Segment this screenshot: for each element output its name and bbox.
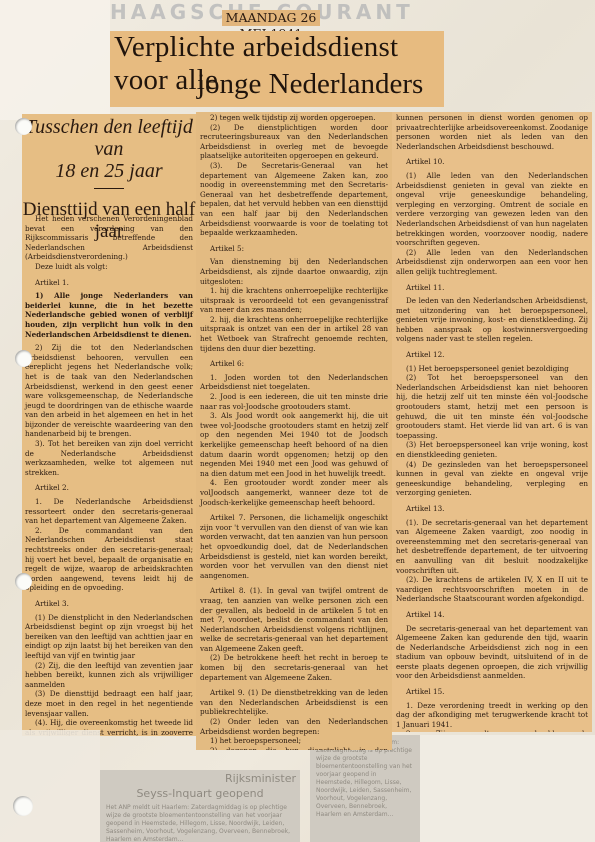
- article-column-2: 2) tegen welk tijdstip zij worden opgero…: [196, 112, 392, 750]
- underlying-clipping-right: Het ANP meldt uit Haarlem: Zaterdagmidda…: [310, 735, 420, 842]
- headline-line-2: jonge Nederlanders: [197, 68, 423, 101]
- binder-hole: [15, 573, 32, 590]
- article-6-title: Artikel 6:: [210, 359, 388, 369]
- tissue-overlay-bottom-left: [0, 730, 100, 842]
- article-3-title: Artikel 3.: [35, 599, 193, 609]
- article-13-title: Artikel 13.: [406, 504, 588, 514]
- article-12-title: Artikel 12.: [406, 350, 588, 360]
- article-10-title: Artikel 10.: [406, 157, 588, 167]
- subheadline-ages: 18 en 25 jaar: [22, 160, 196, 182]
- article-14-title: Artikel 14.: [406, 610, 588, 620]
- article-column-3: kunnen personen in dienst worden genomen…: [392, 112, 592, 732]
- clipping-body: Het ANP meldt uit Haarlem: Zaterdagmidda…: [100, 800, 300, 842]
- clipping-heading: Seyss-Inquart geopend: [100, 787, 300, 800]
- article-9: Artikel 9. (1) De dienstbetrekking van d…: [200, 688, 388, 717]
- publication-date: MAANDAG 26 MEI 1941: [222, 10, 320, 26]
- tissue-overlay-bottom-right: [420, 735, 595, 842]
- article-5-title: Artikel 5:: [210, 244, 388, 254]
- article-column-1: Tusschen den leeftijd van 18 en 25 jaar …: [22, 114, 196, 736]
- underlying-clipping-left: Rijksminister Seyss-Inquart geopend Het …: [100, 770, 300, 842]
- headline: Verplichte arbeidsdienst voor alle jonge…: [110, 31, 444, 107]
- article-11-title: Artikel 11.: [406, 283, 588, 293]
- article-15-title: Artikel 15.: [406, 687, 588, 697]
- divider: [94, 188, 124, 189]
- article-8: Artikel 8. (1). In geval van twijfel omt…: [200, 586, 388, 653]
- scrapbook-page: HAAGSCHE COURANT MAANDAG 26 MEI 1941 Ver…: [0, 0, 595, 842]
- binder-hole: [15, 118, 32, 135]
- binder-hole: [13, 796, 33, 816]
- binder-hole: [15, 350, 32, 367]
- tissue-overlay: [0, 0, 110, 120]
- subheadline: Tusschen den leeftijd van: [22, 116, 196, 160]
- article-1-title: Artikel 1.: [35, 278, 193, 288]
- clipping-fragment-title: Rijksminister: [100, 772, 300, 785]
- article-7: Artikel 7. Personen, die lichamelijk ong…: [200, 513, 388, 580]
- article-2-title: Artikel 2.: [35, 483, 193, 493]
